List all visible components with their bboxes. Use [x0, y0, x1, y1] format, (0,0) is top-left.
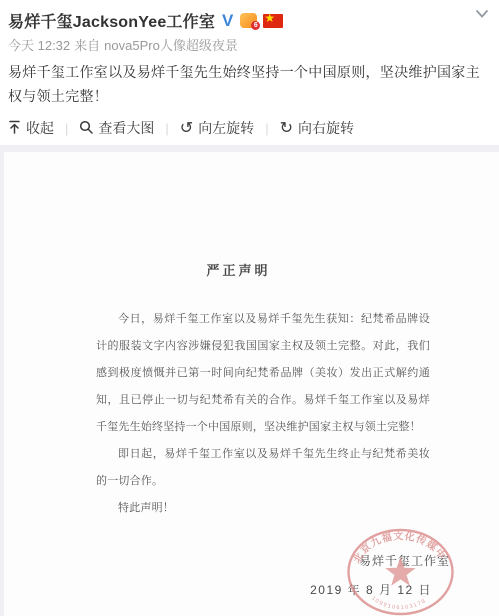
company-seal-stamp: 北京九福文化传媒中心 1099106103178	[340, 524, 461, 616]
rotate-left-label: 向左旋转	[198, 118, 254, 138]
source-prefix: 来自	[74, 35, 100, 54]
collapse-button[interactable]: 收起	[8, 118, 54, 138]
username-link[interactable]: 易烊千玺JacksonYee工作室	[8, 9, 215, 32]
toolbar-divider: |	[65, 121, 68, 136]
toolbar-divider: |	[165, 121, 168, 136]
collapse-label: 收起	[26, 118, 54, 138]
verified-v-icon: V	[222, 11, 233, 31]
collapse-icon	[8, 120, 21, 137]
statement-title: 严正声明	[4, 260, 499, 279]
china-flag-icon: ★	[263, 14, 283, 28]
flag-star-icon: ★	[264, 14, 275, 25]
rotate-right-button[interactable]: ↻ 向右旋转	[280, 118, 354, 138]
statement-body: 今日，易烊千玺工作室以及易烊千玺先生获知：纪梵希品牌设计的服装文字内容涉嫌侵犯我…	[96, 306, 430, 522]
seal-star-icon	[385, 557, 415, 586]
magnifier-icon	[79, 120, 93, 137]
rotate-right-label: 向右旋转	[298, 118, 354, 138]
view-large-button[interactable]: 查看大图	[79, 118, 154, 138]
post-meta: 今天 12:32 来自 nova5Pro人像超级夜景	[8, 36, 491, 53]
statement-paragraph: 今日，易烊千玺工作室以及易烊千玺先生获知：纪梵希品牌设计的服装文字内容涉嫌侵犯我…	[96, 306, 430, 441]
toolbar-divider: |	[265, 121, 268, 136]
image-gap-strip	[0, 145, 499, 152]
statement-paragraph: 即日起，易烊千玺工作室以及易烊千玺先生终止与纪梵希美妆的一切合作。	[96, 441, 430, 495]
vip-level-icon: 6	[240, 13, 257, 28]
image-toolbar: 收起 | 查看大图 | ↺ 向左旋转 | ↻ 向右旋转	[0, 116, 499, 140]
statement-image[interactable]: 严正声明 今日，易烊千玺工作室以及易烊千玺先生获知：纪梵希品牌设计的服装文字内容…	[0, 152, 499, 616]
source-link[interactable]: nova5Pro人像超级夜景	[104, 35, 238, 54]
statement-closing: 特此声明！	[96, 495, 430, 522]
rotate-right-icon: ↻	[280, 120, 293, 136]
view-large-label: 查看大图	[98, 118, 154, 138]
user-row: 易烊千玺JacksonYee工作室 V 6 ★	[8, 9, 491, 32]
svg-text:1099106103178: 1099106103178	[370, 595, 428, 611]
post-header: 易烊千玺JacksonYee工作室 V 6 ★ 今天 12:32 来自 nova…	[0, 0, 499, 53]
rotate-left-icon: ↺	[180, 120, 193, 136]
weibo-post-page: 易烊千玺JacksonYee工作室 V 6 ★ 今天 12:32 来自 nova…	[0, 0, 499, 616]
chevron-down-icon[interactable]	[475, 6, 489, 24]
rotate-left-button[interactable]: ↺ 向左旋转	[180, 118, 254, 138]
vip-level-number: 6	[251, 21, 260, 30]
seal-serial-number: 1099106103178	[370, 595, 428, 611]
post-text: 易烊千玺工作室以及易烊千玺先生始终坚持一个中国原则，坚决维护国家主权与领土完整！	[0, 60, 499, 108]
timestamp: 今天 12:32	[8, 35, 70, 54]
